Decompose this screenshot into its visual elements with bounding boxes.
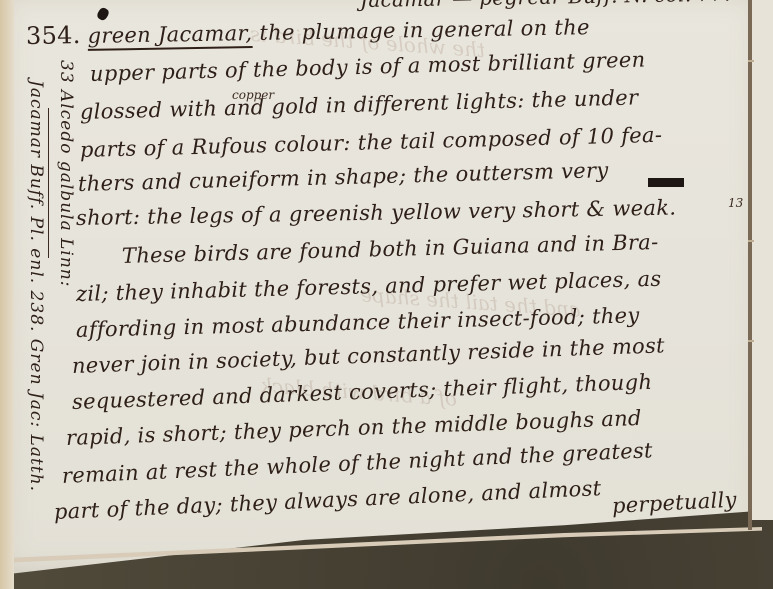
entry-title: green Jacamar, [87,21,252,48]
entry-number: 354. [26,21,81,50]
margin-note-line-2: Jacamar Buff. Pl. enl. 238. Gren Jac: La… [26,80,46,492]
stitch [748,60,754,62]
left-binding [0,0,14,589]
margin-note-line-1: 33 Alcedo galbula Linn: [56,60,76,287]
stitch [748,340,754,342]
crossed-out-word [648,178,684,187]
stitch [748,240,754,242]
entry-text: the plumage in general on the [259,15,590,45]
facing-page-edge [752,0,773,520]
margin-underline [48,108,49,258]
superscript-13: 13 [728,196,743,210]
